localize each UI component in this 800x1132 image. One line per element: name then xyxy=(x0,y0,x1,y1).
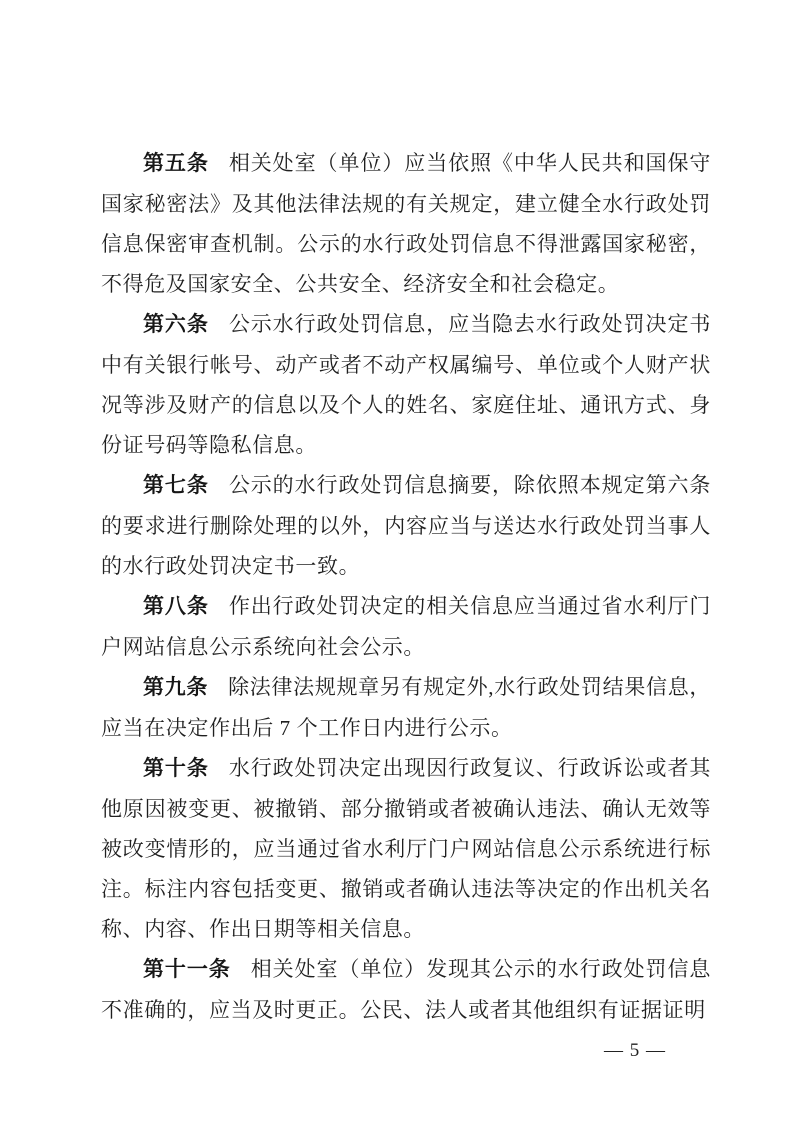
article-11-number: 第十一条 xyxy=(143,958,231,981)
article-7-number: 第七条 xyxy=(143,474,209,497)
article-10-number: 第十条 xyxy=(143,757,209,780)
article-9-number: 第九条 xyxy=(143,676,208,699)
article-8-paragraph: 第八条作出行政处罚决定的相关信息应当通过省水利厅门户网站信息公示系统向社会公示。 xyxy=(101,586,711,667)
document-page: 第五条相关处室（单位）应当依照《中华人民共和国保守国家秘密法》及其他法律法规的有… xyxy=(0,0,800,1132)
article-text-block: 第五条相关处室（单位）应当依照《中华人民共和国保守国家秘密法》及其他法律法规的有… xyxy=(101,143,711,1030)
article-10-paragraph: 第十条水行政处罚决定出现因行政复议、行政诉讼或者其他原因被变更、被撤销、部分撤销… xyxy=(101,748,711,949)
article-8-number: 第八条 xyxy=(143,595,209,618)
article-11-paragraph: 第十一条相关处室（单位）发现其公示的水行政处罚信息不准确的，应当及时更正。公民、… xyxy=(101,949,711,1030)
article-6-number: 第六条 xyxy=(143,313,209,336)
article-5-paragraph: 第五条相关处室（单位）应当依照《中华人民共和国保守国家秘密法》及其他法律法规的有… xyxy=(101,143,711,304)
page-number: — 5 — xyxy=(604,1041,666,1061)
article-5-number: 第五条 xyxy=(143,152,209,175)
article-9-paragraph: 第九条除法律法规规章另有规定外,水行政处罚结果信息，应当在决定作出后 7 个工作… xyxy=(101,667,711,748)
article-7-paragraph: 第七条公示的水行政处罚信息摘要，除依照本规定第六条的要求进行删除处理的以外，内容… xyxy=(101,465,711,586)
article-10-text: 水行政处罚决定出现因行政复议、行政诉讼或者其他原因被变更、被撤销、部分撤销或者被… xyxy=(101,756,711,941)
article-6-paragraph: 第六条公示水行政处罚信息，应当隐去水行政处罚决定书中有关银行帐号、动产或者不动产… xyxy=(101,304,711,465)
